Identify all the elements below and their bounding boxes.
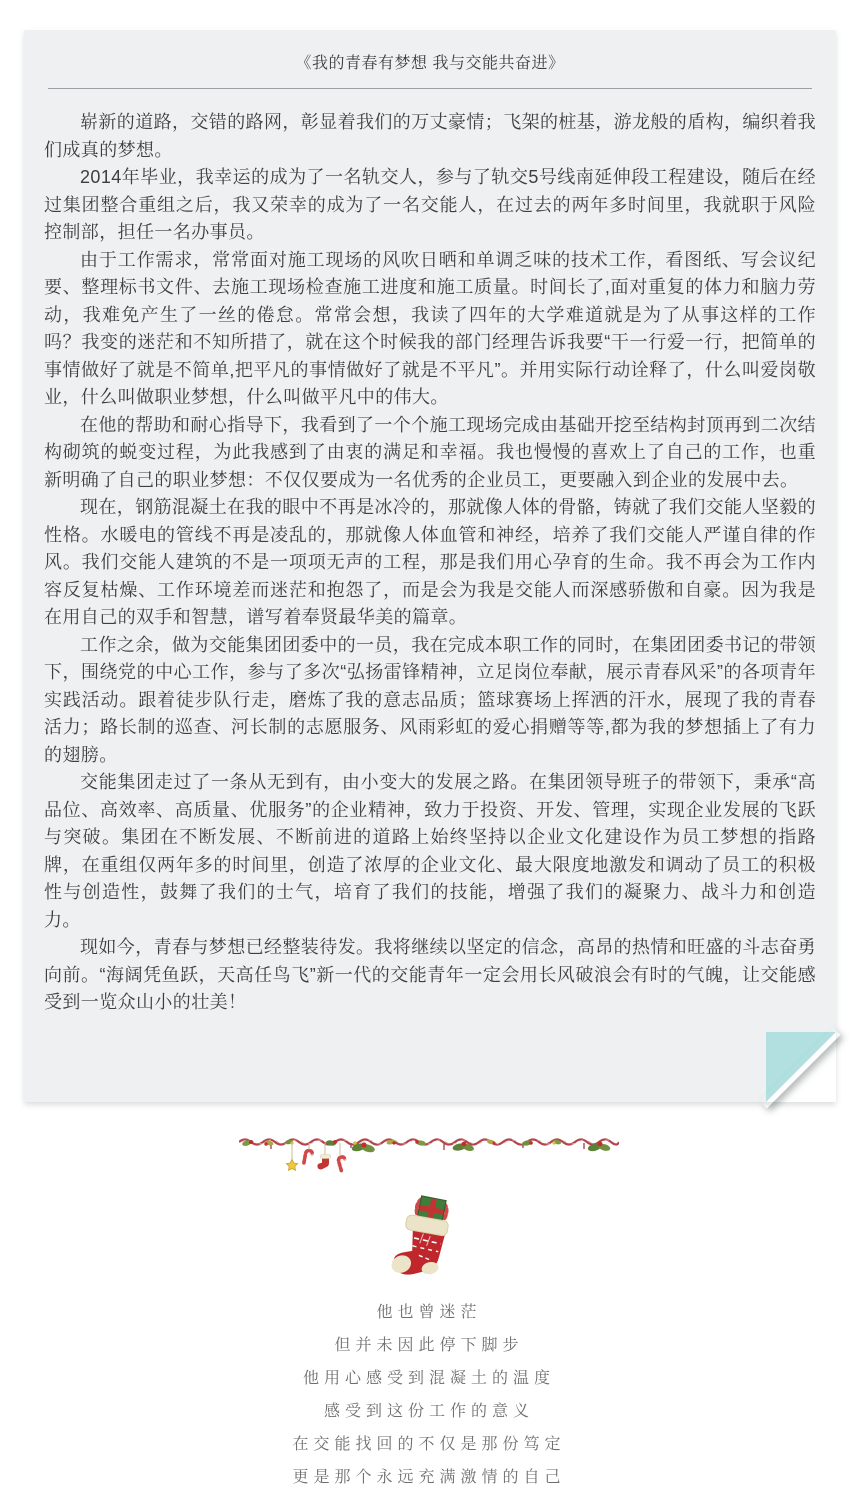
poem-line: 但并未因此停下脚步 — [0, 1329, 858, 1362]
article-paragraph: 现如今，青春与梦想已经整装待发。我将继续以坚定的信念，高昂的热情和旺盛的斗志奋勇… — [44, 934, 816, 1017]
poem: 他也曾迷茫但并未因此停下脚步他用心感受到混凝土的温度感受到这份工作的意义在交能找… — [0, 1296, 858, 1494]
article-paragraph: 工作之余，做为交能集团团委中的一员，我在完成本职工作的同时，在集团团委书记的带领… — [44, 632, 816, 770]
article-paragraph: 交能集团走过了一条从无到有，由小变大的发展之路。在集团领导班子的带领下，秉承“高… — [44, 769, 816, 934]
christmas-stocking-icon — [390, 1194, 468, 1286]
poem-line: 更是那个永远充满激情的自己 — [0, 1461, 858, 1494]
mini-stocking-icon — [317, 1143, 330, 1169]
article-paragraph: 由于工作需求，常常面对施工现场的风吹日晒和单调乏味的技术工作，看图纸、写会议纪要… — [44, 247, 816, 412]
poem-line: 在交能找回的不仅是那份笃定 — [0, 1428, 858, 1461]
footer-decoration: 他也曾迷茫但并未因此停下脚步他用心感受到混凝土的温度感受到这份工作的意义在交能找… — [0, 1130, 858, 1494]
article-card: 《我的青春有梦想 我与交能共奋进》 崭新的道路，交错的路网，彰显着我们的万丈豪情… — [24, 30, 836, 1102]
candy-cane-icon — [304, 1143, 313, 1164]
article-paragraph: 崭新的道路，交错的路网，彰显着我们的万丈豪情；飞架的桩基，游龙般的盾构，编织着我… — [44, 109, 816, 164]
poem-line: 感受到这份工作的意义 — [0, 1395, 858, 1428]
poem-line: 他用心感受到混凝土的温度 — [0, 1362, 858, 1395]
article-paragraph: 2014年毕业，我幸运的成为了一名轨交人，参与了轨交5号线南延伸段工程建设，随后… — [44, 164, 816, 247]
article-paragraph: 在他的帮助和耐心指导下，我看到了一个个施工现场完成由基础开挖至结构封顶再到二次结… — [44, 412, 816, 495]
star-ornament-icon — [286, 1143, 297, 1170]
article-title: 《我的青春有梦想 我与交能共奋进》 — [24, 30, 836, 73]
christmas-garland-icon — [239, 1130, 619, 1188]
article-body: 崭新的道路，交错的路网，彰显着我们的万丈豪情；飞架的桩基，游龙般的盾构，编织着我… — [24, 89, 836, 1017]
article-page: 《我的青春有梦想 我与交能共奋进》 崭新的道路，交错的路网，彰显着我们的万丈豪情… — [0, 0, 858, 1506]
poem-line: 他也曾迷茫 — [0, 1296, 858, 1329]
article-paragraph: 现在，钢筋混凝土在我的眼中不再是冰冷的，那就像人体的骨骼，铸就了我们交能人坚毅的… — [44, 494, 816, 632]
folded-corner-icon — [766, 1032, 836, 1102]
candy-cane-icon — [338, 1143, 348, 1171]
